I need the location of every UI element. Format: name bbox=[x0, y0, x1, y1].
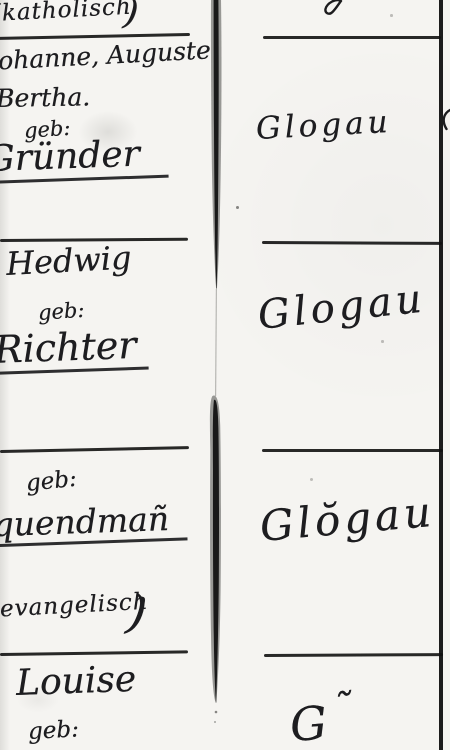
right-edge-ink-hook bbox=[444, 110, 450, 129]
stray-descender-loop bbox=[325, 0, 341, 14]
entry-birthplace-partial-letter: G bbox=[288, 699, 328, 747]
entry-geb-abbrev: geb: bbox=[37, 300, 85, 324]
ink-speck bbox=[310, 478, 313, 481]
entry-forename-hedwig: Hedwig bbox=[5, 241, 132, 280]
gutter-ink-dot-1 bbox=[215, 711, 218, 714]
gutter-ink-dot-2 bbox=[214, 721, 216, 723]
entry-maiden-name-richter: Richter bbox=[0, 325, 149, 375]
entry-forename-louise: Louise bbox=[15, 662, 136, 702]
entry-geb-abbrev: geb: bbox=[25, 468, 78, 496]
entry-forenames-line2: Bertha. bbox=[0, 84, 90, 111]
register-scan-page: (katholisch ) Johanne, Auguste Bertha. g… bbox=[0, 0, 450, 750]
entry-maiden-name-gruender: Gründer bbox=[0, 136, 169, 184]
entry-birthplace-glogau-row2: Glogau bbox=[255, 107, 392, 145]
entry-maiden-name-squendman: Squendmañ bbox=[0, 501, 188, 548]
entry-birthplace-partial-diacritic: ˜ bbox=[330, 688, 354, 730]
gutter-stroke-hairline bbox=[216, 289, 217, 396]
ink-speck bbox=[381, 340, 384, 343]
ink-speck bbox=[236, 206, 239, 209]
entry-geb-abbrev: geb: bbox=[27, 718, 79, 744]
ink-speck bbox=[390, 14, 393, 17]
